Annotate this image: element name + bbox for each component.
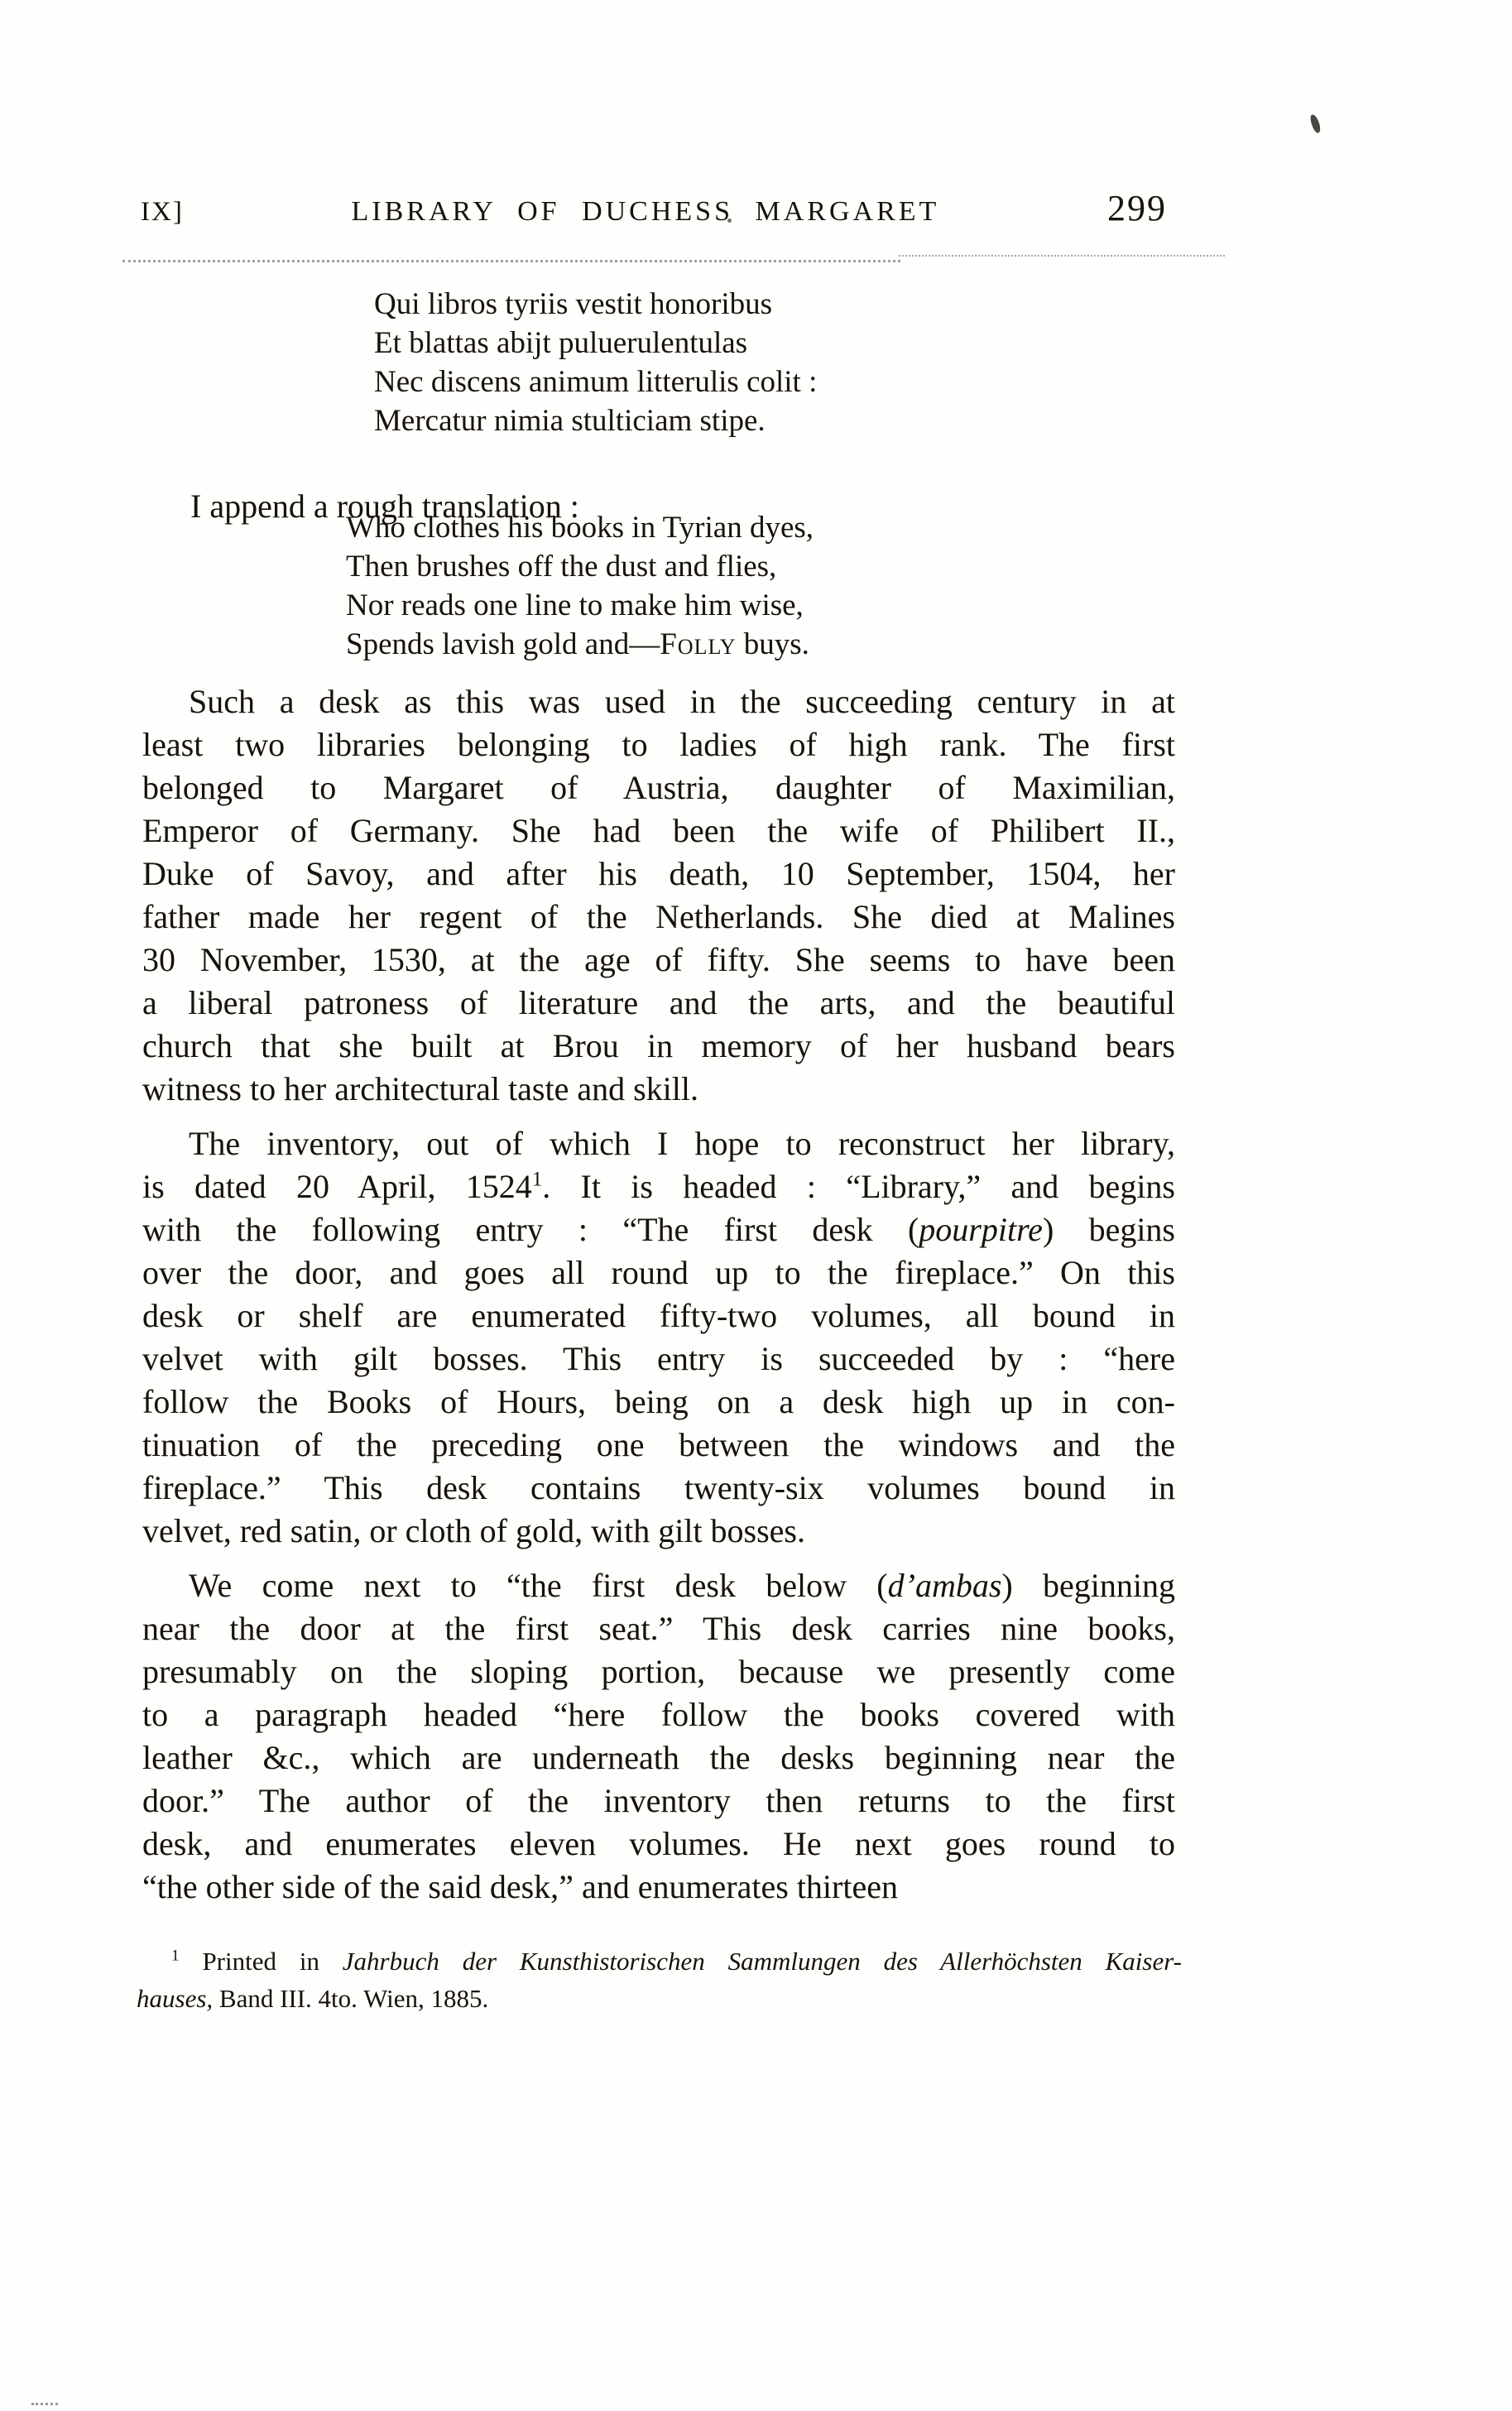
text-line: fireplace.” This desk contains twenty-si… — [142, 1467, 1175, 1510]
text-line: church that she built at Brou in memory … — [142, 1025, 1175, 1068]
ink-speck-top-right — [1309, 113, 1322, 134]
text-line: Emperor of Germany. She had been the wif… — [142, 809, 1175, 852]
text-line: Then brushes off the dust and flies, — [346, 547, 814, 586]
text-line: “the other side of the said desk,” and e… — [142, 1866, 1175, 1909]
text-line: tinuation of the preceding one between t… — [142, 1424, 1175, 1467]
text-line: is dated 20 April, 15241. It is headed :… — [142, 1165, 1175, 1208]
text-line: Et blattas abijt puluerulentulas — [374, 324, 817, 363]
text-line: presumably on the sloping portion, becau… — [142, 1650, 1175, 1693]
text-line: Nor reads one line to make him wise, — [346, 586, 814, 625]
latin-verse: Qui libros tyriis vestit honoribusEt bla… — [374, 285, 817, 440]
book-page: IX] LIBRARY OF DUCHESS MARGARET 299 Qui … — [0, 0, 1512, 2411]
body-paragraph-2: The inventory, out of which I hope to re… — [142, 1122, 1175, 1553]
text-line: belonged to Margaret of Austria, daughte… — [142, 766, 1175, 809]
text-line: a liberal patroness of literature and th… — [142, 982, 1175, 1025]
text-line: Who clothes his books in Tyrian dyes, — [346, 508, 814, 547]
text-line: leather &c., which are underneath the de… — [142, 1736, 1175, 1779]
body-paragraph-1: Such a desk as this was used in the succ… — [142, 680, 1175, 1111]
header-rule-right — [899, 255, 1225, 257]
text-line: desk, and enumerates eleven volumes. He … — [142, 1823, 1175, 1866]
text-line: father made her regent of the Netherland… — [142, 896, 1175, 939]
text-line: Spends lavish gold and—Folly buys. — [346, 625, 814, 664]
ink-speck-bottom-left — [31, 2403, 58, 2405]
running-title: LIBRARY OF DUCHESS MARGARET — [184, 196, 1107, 228]
text-line: Such a desk as this was used in the succ… — [142, 680, 1175, 723]
text-line: Mercatur nimia stulticiam stipe. — [374, 401, 817, 440]
text-line: Qui libros tyriis vestit honoribus — [374, 285, 817, 324]
footnote: 1 Printed in Jahrbuch der Kunsthistorisc… — [137, 1943, 1182, 2017]
text-line: Nec discens animum litterulis colit : — [374, 363, 817, 401]
header-rule-left — [122, 260, 900, 262]
text-line: 30 November, 1530, at the age of fifty. … — [142, 939, 1175, 982]
text-line: near the door at the first seat.” This d… — [142, 1607, 1175, 1650]
page-number: 299 — [1107, 187, 1167, 229]
text-line: over the door, and goes all round up to … — [142, 1251, 1175, 1294]
text-line: door.” The author of the inventory then … — [142, 1779, 1175, 1823]
body-paragraph-3: We come next to “the first desk below (d… — [142, 1564, 1175, 1909]
text-line: 1 Printed in Jahrbuch der Kunsthistorisc… — [137, 1943, 1182, 1980]
text-line: witness to her architectural taste and s… — [142, 1068, 1175, 1111]
text-line: with the following entry : “The first de… — [142, 1208, 1175, 1251]
running-head: IX] LIBRARY OF DUCHESS MARGARET 299 — [141, 187, 1167, 229]
text-line: We come next to “the first desk below (d… — [142, 1564, 1175, 1607]
text-line: least two libraries belonging to ladies … — [142, 723, 1175, 766]
text-line: hauses, Band III. 4to. Wien, 1885. — [137, 1980, 1182, 2017]
english-verse: Who clothes his books in Tyrian dyes,The… — [346, 508, 814, 664]
ink-dot-above-title — [727, 219, 732, 223]
text-line: desk or shelf are enumerated fifty-two v… — [142, 1294, 1175, 1338]
text-line: to a paragraph headed “here follow the b… — [142, 1693, 1175, 1736]
signature-mark: IX] — [141, 197, 184, 228]
text-line: velvet with gilt bosses. This entry is s… — [142, 1338, 1175, 1381]
text-line: The inventory, out of which I hope to re… — [142, 1122, 1175, 1165]
text-line: velvet, red satin, or cloth of gold, wit… — [142, 1510, 1175, 1553]
text-line: follow the Books of Hours, being on a de… — [142, 1381, 1175, 1424]
text-line: Duke of Savoy, and after his death, 10 S… — [142, 852, 1175, 896]
